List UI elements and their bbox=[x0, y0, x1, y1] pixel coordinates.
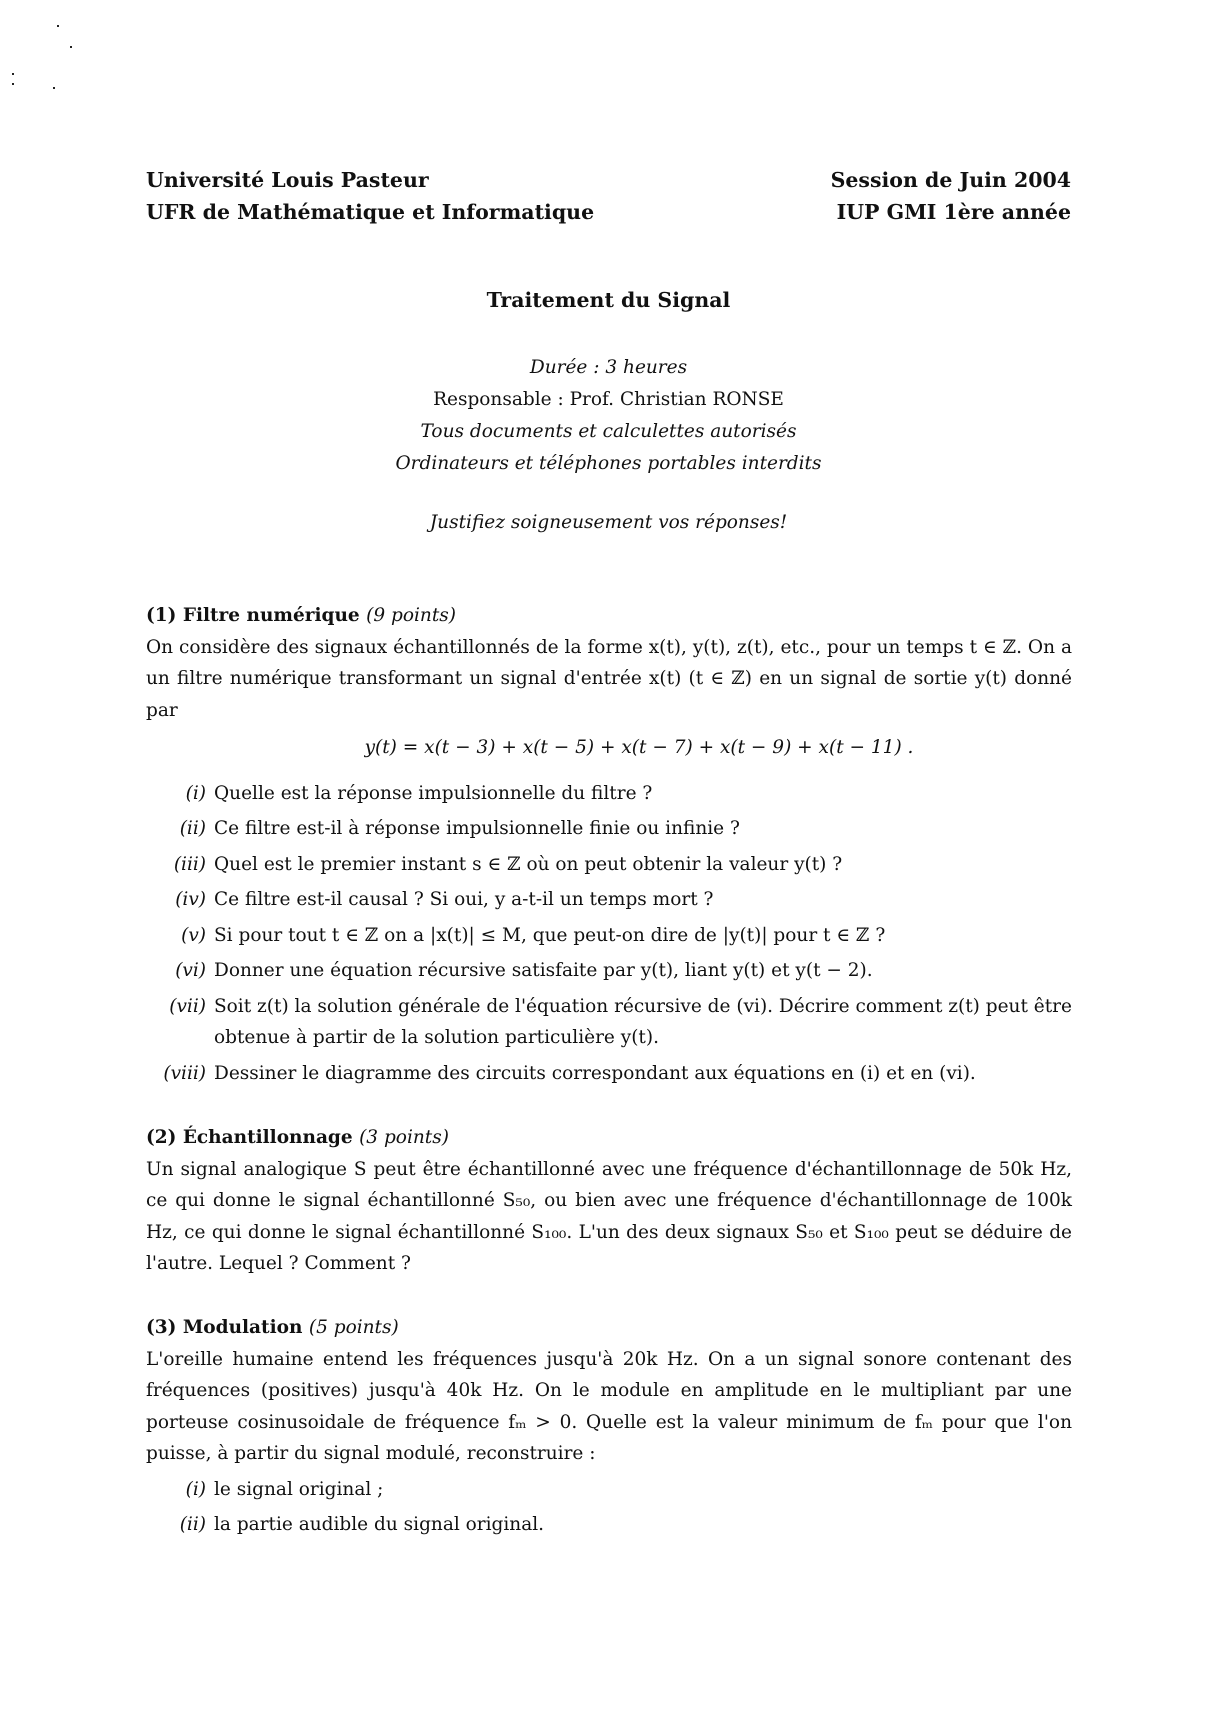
section-points: (5 points) bbox=[309, 1317, 399, 1338]
question-text: Donner une équation récursive satisfaite… bbox=[214, 955, 1072, 987]
question-label: (iii) bbox=[146, 849, 214, 881]
question-label: (iv) bbox=[146, 884, 214, 916]
question-label: (vi) bbox=[146, 955, 214, 987]
question-text: Quelle est la réponse impulsionnelle du … bbox=[214, 778, 1072, 810]
question-text: Dessiner le diagramme des circuits corre… bbox=[214, 1058, 1072, 1090]
scan-speck bbox=[12, 73, 14, 75]
university-name: Université Louis Pasteur bbox=[146, 164, 594, 196]
question-text: Ce filtre est-il à réponse impulsionnell… bbox=[214, 813, 1072, 845]
exam-duration: Durée : 3 heures bbox=[0, 352, 1217, 384]
question-label: (vii) bbox=[146, 991, 214, 1054]
section-intro: L'oreille humaine entend les fréquences … bbox=[146, 1344, 1072, 1470]
question-item: (i)le signal original ; bbox=[146, 1474, 1072, 1506]
question-item: (iv)Ce filtre est-il causal ? Si oui, y … bbox=[146, 884, 1072, 916]
question-label: (v) bbox=[146, 920, 214, 952]
question-text: Si pour tout t ∈ ℤ on a |x(t)| ≤ M, que … bbox=[214, 920, 1072, 952]
section-heading: (1) Filtre numérique (9 points) bbox=[146, 600, 1072, 632]
question-list: (i)Quelle est la réponse impulsionnelle … bbox=[146, 778, 1072, 1090]
question-item: (i)Quelle est la réponse impulsionnelle … bbox=[146, 778, 1072, 810]
question-label: (ii) bbox=[146, 1509, 214, 1541]
question-text: Soit z(t) la solution générale de l'équa… bbox=[214, 991, 1072, 1054]
program-year: IUP GMI 1ère année bbox=[831, 196, 1071, 228]
section-heading-text: (1) Filtre numérique bbox=[146, 605, 360, 626]
question-item: (v)Si pour tout t ∈ ℤ on a |x(t)| ≤ M, q… bbox=[146, 920, 1072, 952]
question-item: (ii)la partie audible du signal original… bbox=[146, 1509, 1072, 1541]
section-intro: On considère des signaux échantillonnés … bbox=[146, 632, 1072, 727]
section-modulation: (3) Modulation (5 points) L'oreille huma… bbox=[146, 1312, 1072, 1545]
question-label: (i) bbox=[146, 1474, 214, 1506]
exam-title: Traitement du Signal bbox=[0, 288, 1217, 312]
question-list: (i)le signal original ; (ii)la partie au… bbox=[146, 1474, 1072, 1541]
scan-speck bbox=[57, 25, 59, 27]
department-name: UFR de Mathématique et Informatique bbox=[146, 196, 594, 228]
section-points: (9 points) bbox=[366, 605, 456, 626]
section-heading: (2) Échantillonnage (3 points) bbox=[146, 1122, 1072, 1154]
forbidden-devices: Ordinateurs et téléphones portables inte… bbox=[0, 448, 1217, 480]
section-heading: (3) Modulation (5 points) bbox=[146, 1312, 1072, 1344]
exam-page: Université Louis Pasteur UFR de Mathémat… bbox=[0, 0, 1217, 1713]
scan-speck bbox=[12, 83, 14, 85]
question-label: (i) bbox=[146, 778, 214, 810]
institution-header: Université Louis Pasteur UFR de Mathémat… bbox=[146, 164, 594, 228]
section-filtre-numerique: (1) Filtre numérique (9 points) On consi… bbox=[146, 600, 1072, 1093]
section-points: (3 points) bbox=[359, 1127, 449, 1148]
instruction-note: Justifiez soigneusement vos réponses! bbox=[0, 512, 1217, 533]
section-heading-text: (2) Échantillonnage bbox=[146, 1127, 353, 1148]
question-text: le signal original ; bbox=[214, 1474, 1072, 1506]
exam-meta: Durée : 3 heures Responsable : Prof. Chr… bbox=[0, 352, 1217, 480]
question-item: (vii)Soit z(t) la solution générale de l… bbox=[146, 991, 1072, 1054]
session-header: Session de Juin 2004 IUP GMI 1ère année bbox=[831, 164, 1071, 228]
section-intro: Un signal analogique S peut être échanti… bbox=[146, 1154, 1072, 1280]
filter-equation: y(t) = x(t − 3) + x(t − 5) + x(t − 7) + … bbox=[206, 732, 1072, 764]
question-label: (ii) bbox=[146, 813, 214, 845]
question-item: (iii)Quel est le premier instant s ∈ ℤ o… bbox=[146, 849, 1072, 881]
scan-speck bbox=[53, 87, 55, 89]
question-label: (viii) bbox=[146, 1058, 214, 1090]
question-item: (ii)Ce filtre est-il à réponse impulsion… bbox=[146, 813, 1072, 845]
section-heading-text: (3) Modulation bbox=[146, 1317, 302, 1338]
exam-responsible: Responsable : Prof. Christian RONSE bbox=[0, 384, 1217, 416]
allowed-documents: Tous documents et calculettes autorisés bbox=[0, 416, 1217, 448]
question-text: Ce filtre est-il causal ? Si oui, y a-t-… bbox=[214, 884, 1072, 916]
scan-speck bbox=[70, 46, 72, 48]
question-text: Quel est le premier instant s ∈ ℤ où on … bbox=[214, 849, 1072, 881]
question-text: la partie audible du signal original. bbox=[214, 1509, 1072, 1541]
session-date: Session de Juin 2004 bbox=[831, 164, 1071, 196]
question-item: (viii)Dessiner le diagramme des circuits… bbox=[146, 1058, 1072, 1090]
question-item: (vi)Donner une équation récursive satisf… bbox=[146, 955, 1072, 987]
section-echantillonnage: (2) Échantillonnage (3 points) Un signal… bbox=[146, 1122, 1072, 1280]
